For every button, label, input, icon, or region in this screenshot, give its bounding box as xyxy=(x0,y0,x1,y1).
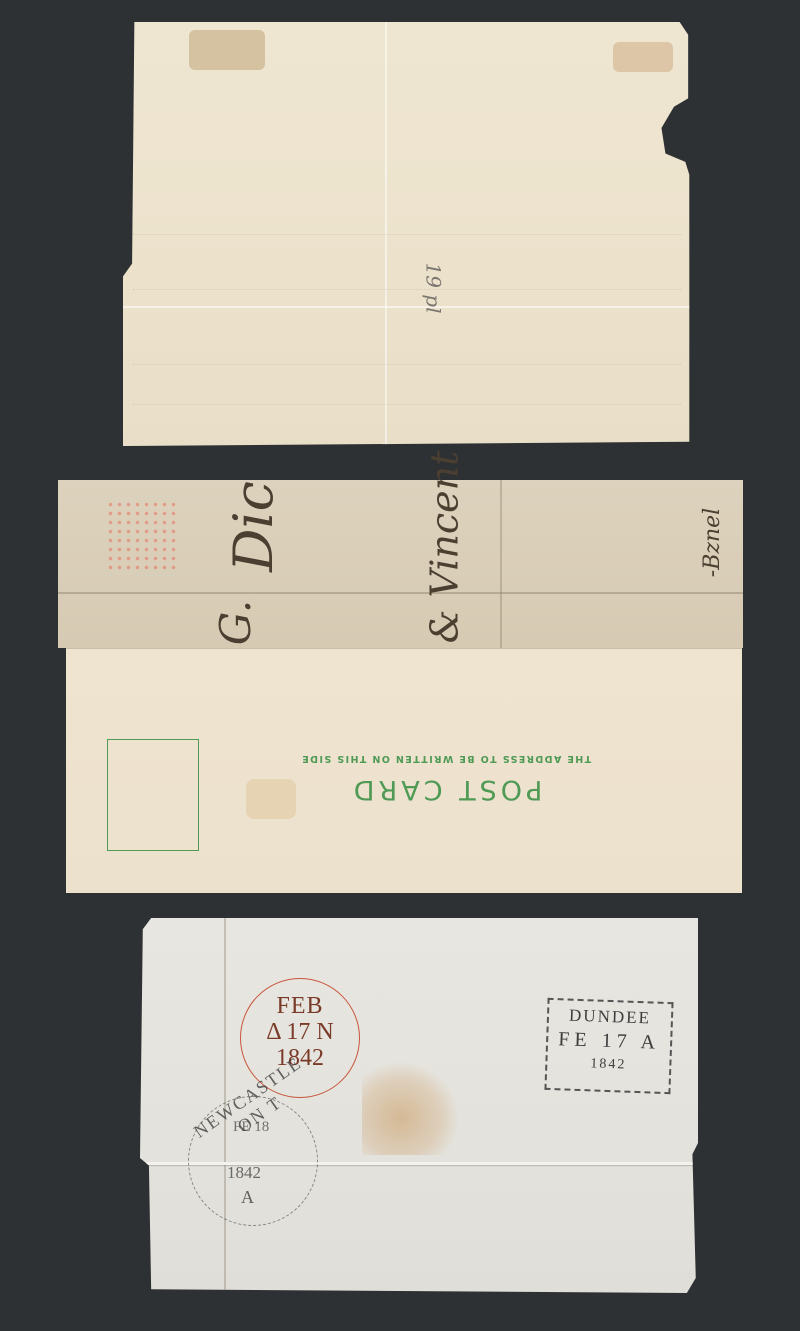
stamp-box xyxy=(107,739,199,851)
postcard-title: POST CARD xyxy=(266,774,626,805)
pencil-note: 19 pl xyxy=(422,262,446,313)
address-script: Dic xyxy=(222,481,285,572)
address-script: & Vincent xyxy=(422,451,466,644)
folded-letter-reverse: 19 pl xyxy=(123,22,691,446)
show-through-writing xyxy=(133,267,681,290)
stain xyxy=(362,1063,458,1155)
postmark-year: 1842 xyxy=(547,1052,670,1078)
address-script: G. xyxy=(211,600,260,645)
postcard-heading: POST CARD THE ADDRESS TO BE WRITTEN ON T… xyxy=(266,753,626,805)
folded-address-panel: Dic G. & Vincent -Bznel xyxy=(58,480,743,648)
postmark-month: FEB xyxy=(241,993,359,1019)
hinge-tape xyxy=(613,42,673,72)
postmark-day: Δ 17 N xyxy=(241,1019,359,1045)
postcard: POST CARD THE ADDRESS TO BE WRITTEN ON T… xyxy=(66,648,742,893)
show-through-writing xyxy=(133,382,681,405)
postmark-year: 1842 xyxy=(227,1163,261,1183)
entire-letter: FEB Δ 17 N 1842 DUNDEE FE 17 A 1842 NEWC… xyxy=(140,918,698,1293)
fold-line xyxy=(500,480,502,648)
show-through-writing xyxy=(133,342,681,365)
address-script: -Bznel xyxy=(700,508,725,577)
postmark-date: FE 18 xyxy=(233,1119,269,1136)
show-through-writing xyxy=(133,212,681,235)
fold-line xyxy=(123,306,691,308)
postmark-code: A xyxy=(241,1187,254,1208)
postcard-subtitle: THE ADDRESS TO BE WRITTEN ON THIS SIDE xyxy=(266,753,626,764)
hinge-tape xyxy=(189,30,265,70)
black-circular-datestamp: NEWCASTLE ON T FE 18 1842 A xyxy=(188,1096,318,1226)
fold-line xyxy=(58,592,743,594)
postmark-date: FE 17 A xyxy=(548,1026,671,1056)
red-ink-marks xyxy=(106,500,176,570)
dundee-boxed-postmark: DUNDEE FE 17 A 1842 xyxy=(544,998,673,1094)
postcard-group: Dic G. & Vincent -Bznel POST CARD THE AD… xyxy=(58,480,743,894)
